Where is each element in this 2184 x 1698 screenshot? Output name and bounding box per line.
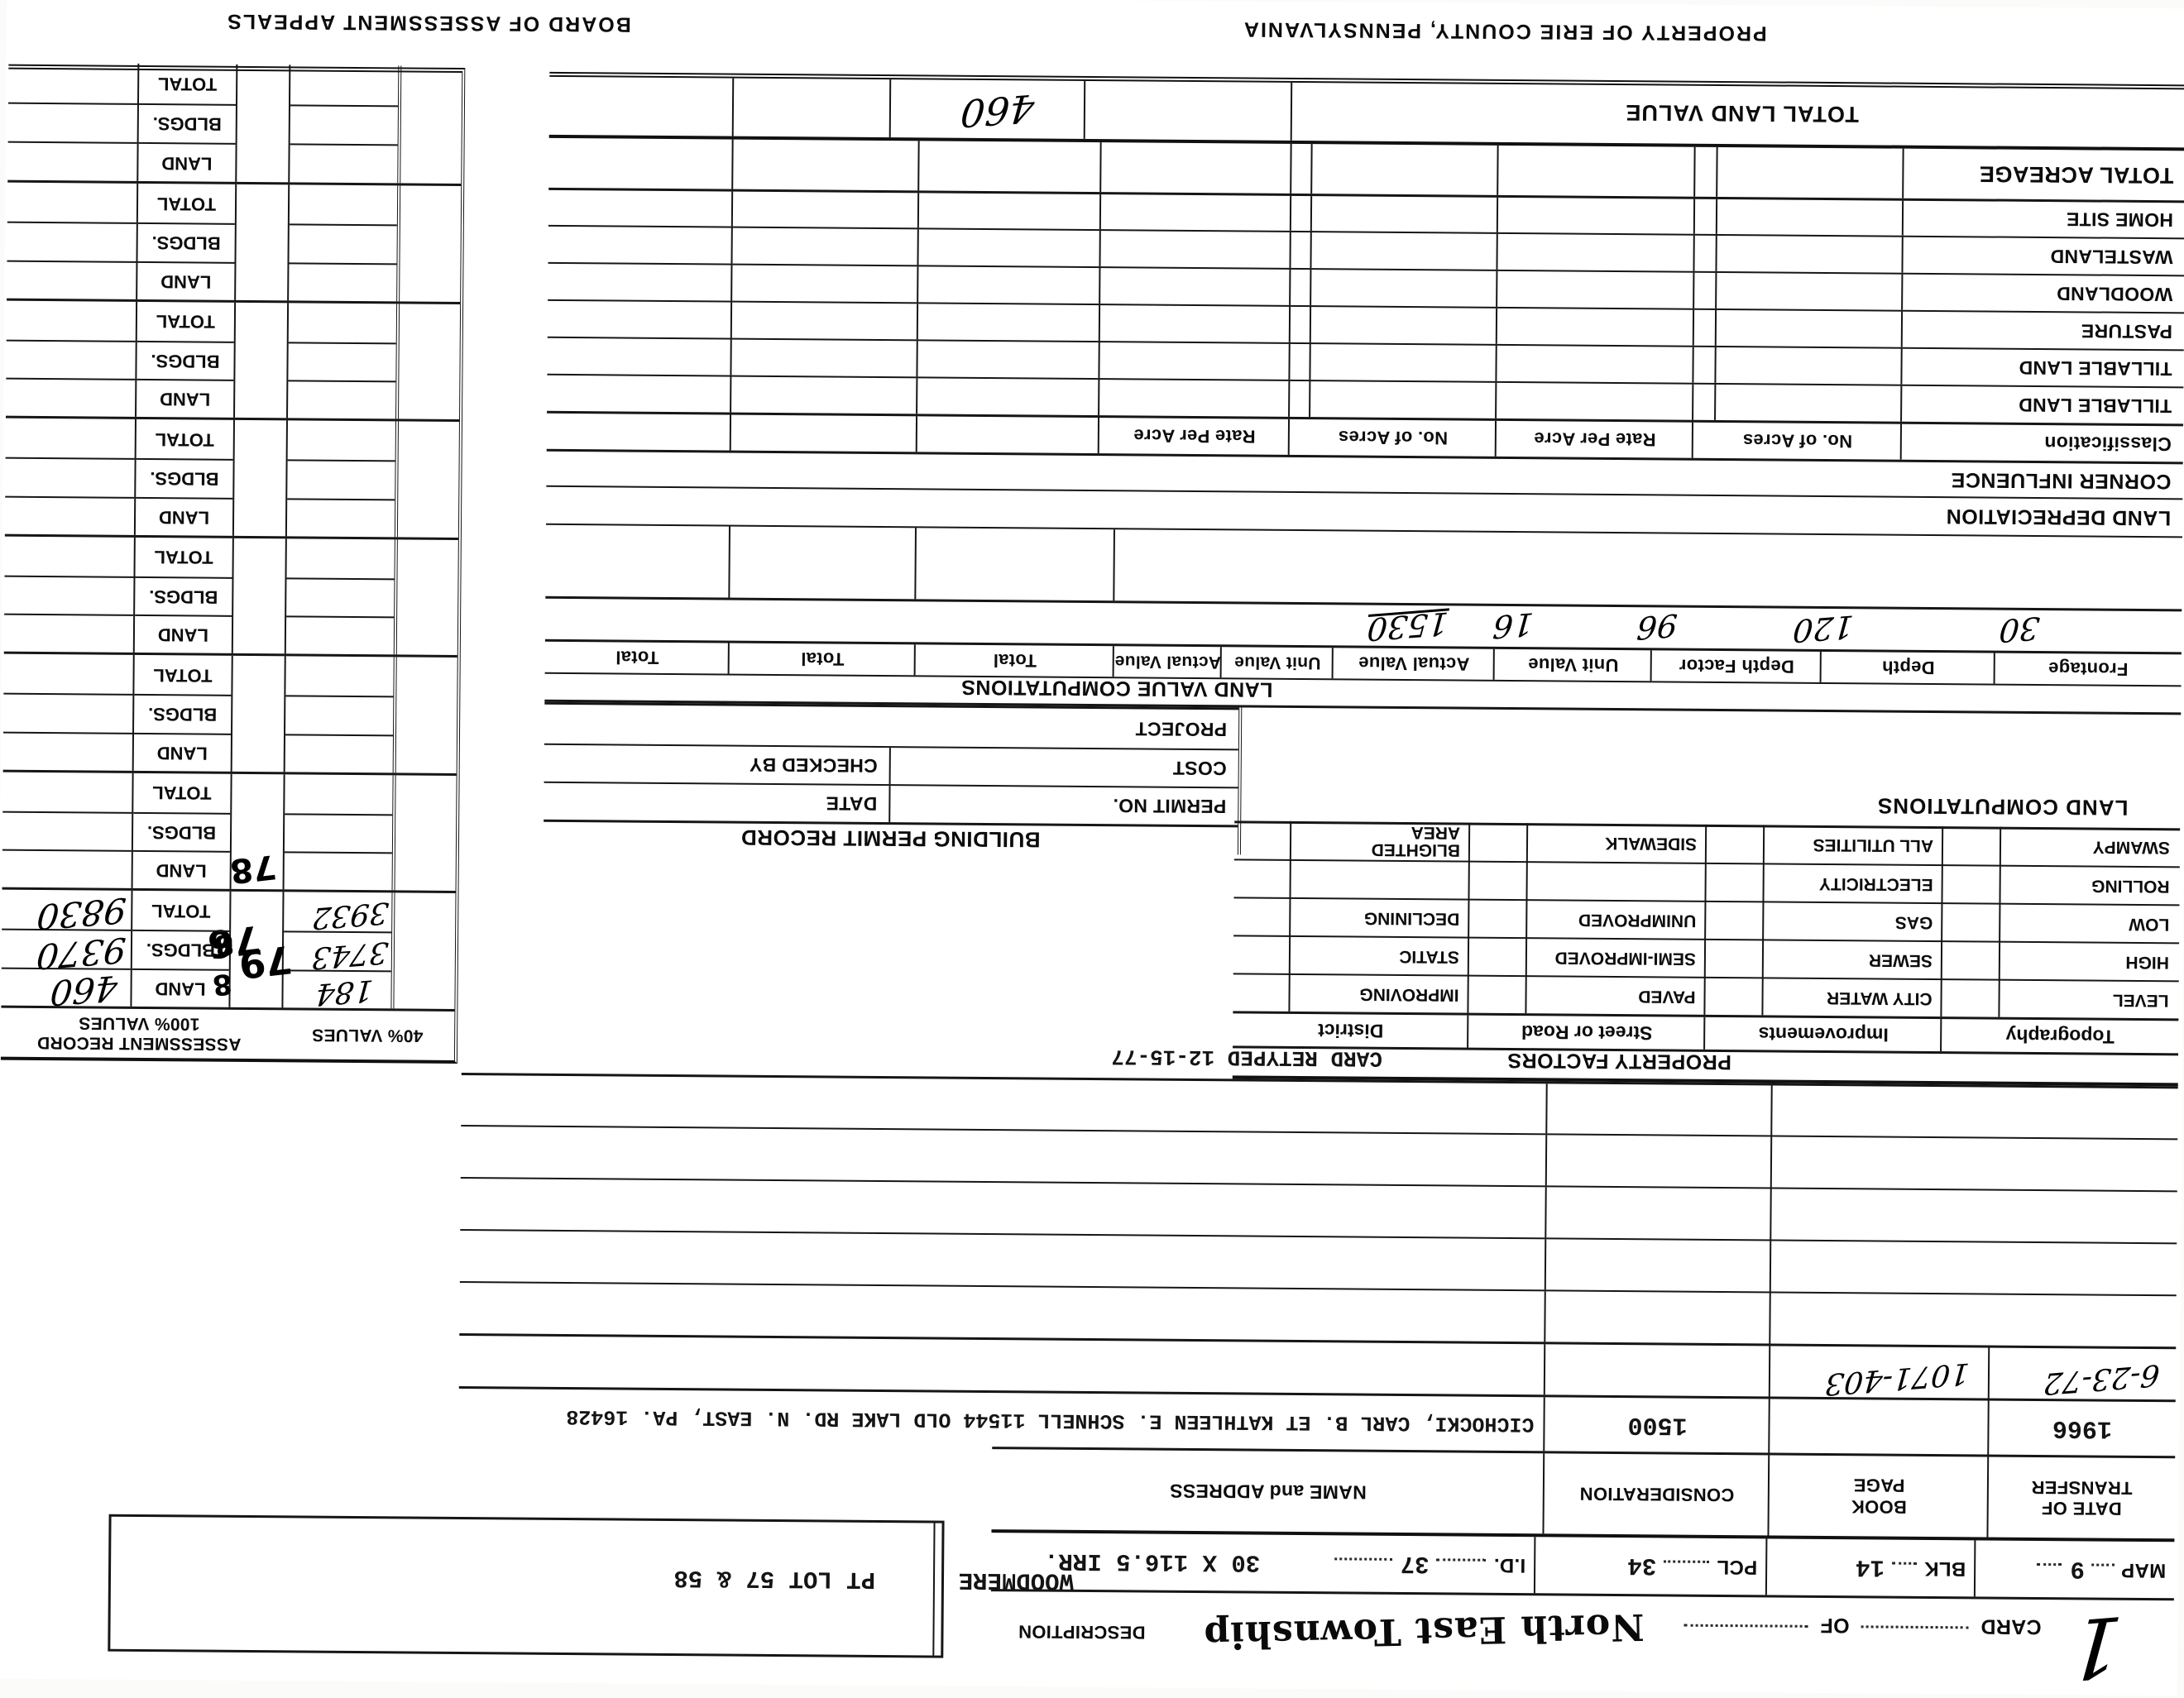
assessment-group: 78 LAND BLDGS. TOTAL: [2, 770, 457, 892]
land-40-value: 184: [314, 973, 375, 1011]
assessment-group: LAND BLDGS. TOTAL: [7, 63, 462, 184]
board-footer-text: BOARD OF ASSESSMENT APPEALS: [226, 9, 631, 36]
land-row-label: LAND: [137, 270, 234, 293]
land-row-label: LAND: [134, 742, 231, 764]
pcl-value: 34: [1627, 1552, 1656, 1580]
card-label: CARD: [1980, 1614, 2042, 1638]
total-row-label: TOTAL: [136, 428, 233, 451]
total-land-value-row: TOTAL LAND VALUE 460: [549, 72, 2184, 148]
bldgs-row-label: BLDGS.: [135, 586, 232, 608]
factor-rolling: ROLLING: [2091, 867, 2170, 904]
description-line2: PT LOT 57 & 58: [673, 1564, 875, 1593]
factor-high: HIGH: [2125, 944, 2169, 980]
factor-all-utilities: ALL UTILITIES: [1813, 825, 1933, 864]
lvc-h-actual-value: Actual Value: [1334, 648, 1495, 680]
transfer-consideration: 1500: [1627, 1411, 1687, 1440]
permit-project-label: PROJECT: [1135, 709, 1227, 749]
lvc-h-total-1: Total: [916, 644, 1114, 677]
building-permit-record: BUILDING PERMIT RECORD PERMIT NO. DATE C…: [544, 702, 1242, 855]
forty-percent-values-label: 40% VALUES: [312, 1025, 424, 1045]
factor-declining: DECLINING: [1364, 900, 1460, 937]
building-permit-title: BUILDING PERMIT RECORD: [740, 825, 1040, 853]
lvc-depth-value: 120: [1792, 608, 1856, 649]
assessment-group: LAND BLDGS. TOTAL: [5, 416, 459, 538]
blk-value: 14: [1856, 1554, 1885, 1581]
bldgs-row-label: BLDGS.: [134, 703, 231, 725]
row-label: WOODLAND: [2057, 282, 2173, 305]
lvc-h-actual-value-2: Actual Value: [1114, 646, 1222, 677]
row-label: HOME SITE: [2067, 208, 2173, 232]
map-blk-pcl-row: MAP 9 BLK 14 PCL 34 I.D. 37 30 X 116.5 I…: [991, 1529, 2175, 1598]
description-line1: WOODMERE: [959, 1566, 1074, 1595]
total-acreage-label: TOTAL ACREAGE: [1979, 161, 2173, 189]
assessment-group: 184 3743 3932 79 76 LAND8 BLDGS.8 TOTAL …: [1, 887, 455, 1009]
card-retyped-note: CARD RETYPED 12-15-77: [1111, 1044, 1382, 1071]
year-mark-78: 78: [228, 848, 279, 891]
card-dots: [1861, 1625, 1968, 1638]
assessment-group: LAND BLDGS. TOTAL: [6, 299, 460, 420]
total-row-label: TOTAL: [133, 782, 230, 804]
factor-low: LOW: [2129, 906, 2169, 942]
assessment-record-block: 40% VALUES ASSESSMENT RECORD 100% VALUES…: [1, 65, 465, 1064]
transfer-date-header: DATE OF TRANSFER: [2024, 1477, 2139, 1518]
transfer-name-address: CICHOCKI, CARL B. ET KATHLEEN E. SCHNELL…: [566, 1404, 1534, 1436]
lvc-h-unit-value-2: Unit Value: [1222, 647, 1334, 678]
lvc-h-total-3: Total: [545, 642, 730, 674]
factors-col-topography: Topography: [1942, 1019, 2178, 1053]
land-row-label: LAND: [132, 859, 229, 882]
total-100-value: 9830: [35, 890, 127, 937]
map-label: MAP: [2121, 1558, 2166, 1581]
total-land-value-label: TOTAL LAND VALUE: [1625, 99, 1859, 127]
land-computations-title: LAND COMPUTATIONS: [1877, 792, 2129, 820]
transfer-name-header: NAME and ADDRESS: [1170, 1480, 1367, 1504]
property-factors-title: PROPERTY FACTORS: [1507, 1048, 1731, 1074]
card-number-handwritten: 1: [2065, 1597, 2125, 1687]
row-label: TILLABLE LAND: [2019, 394, 2172, 417]
factor-improving: IMPROVING: [1359, 976, 1459, 1013]
total-land-value-handwritten: 460: [959, 85, 1036, 136]
factor-electricity: ELECTRICITY: [1819, 865, 1933, 902]
bldgs-40-value: 3743: [310, 935, 390, 974]
assessment-group: LAND BLDGS. TOTAL: [4, 534, 458, 656]
no-of-acres-header-1: No. of Acres: [1693, 423, 1902, 460]
bldgs-row-label: BLDGS.: [133, 821, 230, 844]
bldgs-row-label: BLDGS.: [139, 112, 236, 135]
factor-swampy: SWAMPY: [2092, 828, 2170, 867]
factor-sidewalk: SIDEWALK: [1605, 824, 1697, 863]
factors-col-street: Street or Road: [1468, 1016, 1705, 1050]
permit-cost-label: COST: [1172, 750, 1226, 787]
property-factors-table: Topography Improvements Street or Road D…: [1233, 820, 2180, 1053]
bldgs-row-label: BLDGS.: [137, 232, 234, 254]
transfer-book-header: BOOK PAGE: [1842, 1475, 1916, 1517]
hundred-percent-values-label: 100% VALUES: [79, 1013, 200, 1034]
no-of-acres-header-2: No. of Acres: [1290, 419, 1497, 457]
corner-influence-label: CORNER INFLUENCE: [1951, 467, 2172, 493]
label-mark-8: 8: [211, 967, 234, 1002]
factor-sewer: SEWER: [1869, 941, 1933, 978]
land-blank-row: [545, 524, 2182, 610]
land-value-computations-title: LAND VALUE COMPUTATIONS: [961, 675, 1273, 701]
lvc-h-depth: Depth: [1822, 652, 1995, 684]
id-label: I.D.: [1494, 1553, 1526, 1576]
factor-city-water: CITY WATER: [1827, 979, 1933, 1016]
lvc-frontage-value: 30: [1998, 610, 2041, 649]
pcl-label: PCL: [1717, 1555, 1757, 1578]
lvc-h-total-2: Total: [730, 643, 916, 676]
rate-per-acre-header-1: Rate Per Acre: [1497, 421, 1693, 458]
permit-checked-by-label: CHECKED BY: [749, 747, 877, 784]
assessment-record-title: ASSESSMENT RECORD: [37, 1032, 242, 1054]
id-value: 37: [1401, 1550, 1430, 1577]
total-row-label: TOTAL: [137, 310, 234, 332]
total-row-label: TOTAL: [134, 664, 231, 686]
transfer-header-row: DATE OF TRANSFER BOOK PAGE CONSIDERATION…: [991, 1447, 2175, 1538]
land-row-label: LAND: [138, 152, 235, 175]
transfer-date-handwritten: 6-23-72: [2043, 1357, 2162, 1400]
total-row-label: TOTAL: [139, 73, 236, 95]
description-label: DESCRIPTION: [1018, 1620, 1146, 1643]
card-of-row: 1 CARD OF North East Township: [990, 1589, 2174, 1687]
of-label: OF: [1820, 1613, 1850, 1637]
permit-date-label: DATE: [826, 785, 877, 821]
factor-level: LEVEL: [2113, 982, 2169, 1019]
lvc-actual-value: 1530: [1366, 605, 1449, 647]
blk-label: BLK: [1924, 1557, 1966, 1580]
total-row-label: TOTAL: [138, 193, 235, 215]
transfer-book-page-handwritten: 1071-403: [1824, 1356, 1971, 1400]
lvc-depth-factor-value: 96: [1636, 607, 1679, 647]
bldgs-row-label: BLDGS.: [136, 467, 232, 490]
lvc-h-unit-value: Unit Value: [1495, 649, 1652, 681]
property-record-card-scan: 1 CARD OF North East Township MAP 9 BLK …: [0, 0, 2184, 1687]
county-footer-text: PROPERTY OF ERIE COUNTY, PENNSYLVANIA: [1243, 17, 1767, 45]
factor-unimproved: UNIMPROVED: [1578, 902, 1697, 939]
land-row-label: LAND: [136, 506, 232, 529]
transfer-consideration-header: CONSIDERATION: [1579, 1483, 1734, 1505]
total-40-value: 3932: [310, 896, 390, 935]
of-dots: [1684, 1624, 1808, 1637]
lvc-unit-value: 16: [1492, 605, 1535, 645]
factor-gas: GAS: [1895, 904, 1933, 940]
map-value: 9: [2070, 1556, 2085, 1583]
lvc-h-frontage: Frontage: [1995, 653, 2182, 686]
row-label: TILLABLE LAND: [2019, 356, 2172, 380]
permit-no-label: PERMIT NO.: [1113, 787, 1227, 825]
row-label: PASTURE: [2081, 319, 2173, 342]
lvc-h-depth-factor: Depth Factor: [1652, 650, 1822, 682]
township-stamp: North East Township: [1203, 1605, 1645, 1657]
factor-paved: PAVED: [1638, 978, 1696, 1015]
factors-col-district: District: [1233, 1013, 1468, 1047]
land-depreciation-label: LAND DEPRECIATION: [1946, 505, 2171, 530]
bldgs-row-label: BLDGS.: [136, 350, 233, 372]
classification-label: Classification: [2044, 425, 2172, 462]
row-label: WASTELAND: [2050, 245, 2173, 268]
label-mark-8: 8: [213, 927, 236, 962]
rate-per-acre-header-2: Rate Per Acre: [1099, 418, 1290, 455]
land-row-label: LAND: [135, 624, 232, 646]
factor-blighted-area: BLIGHTED AREA: [1336, 821, 1460, 860]
parcel-dimensions: 30 X 116.5 IRR.: [1044, 1547, 1260, 1576]
total-row-label: TOTAL: [132, 900, 229, 922]
assessment-group: LAND BLDGS. TOTAL: [7, 180, 461, 302]
assessment-group: LAND BLDGS. TOTAL: [3, 652, 457, 773]
factors-col-improvements: Improvements: [1705, 1017, 1942, 1051]
transfer-year: 1966: [2052, 1414, 2112, 1443]
factor-semi-improved: SEMI-IMPROVED: [1530, 939, 1696, 977]
factor-static: STATIC: [1399, 938, 1459, 975]
bldgs-100-value: 9370: [35, 930, 127, 977]
total-row-label: TOTAL: [135, 546, 232, 568]
land-row-label: LAND: [136, 388, 233, 410]
